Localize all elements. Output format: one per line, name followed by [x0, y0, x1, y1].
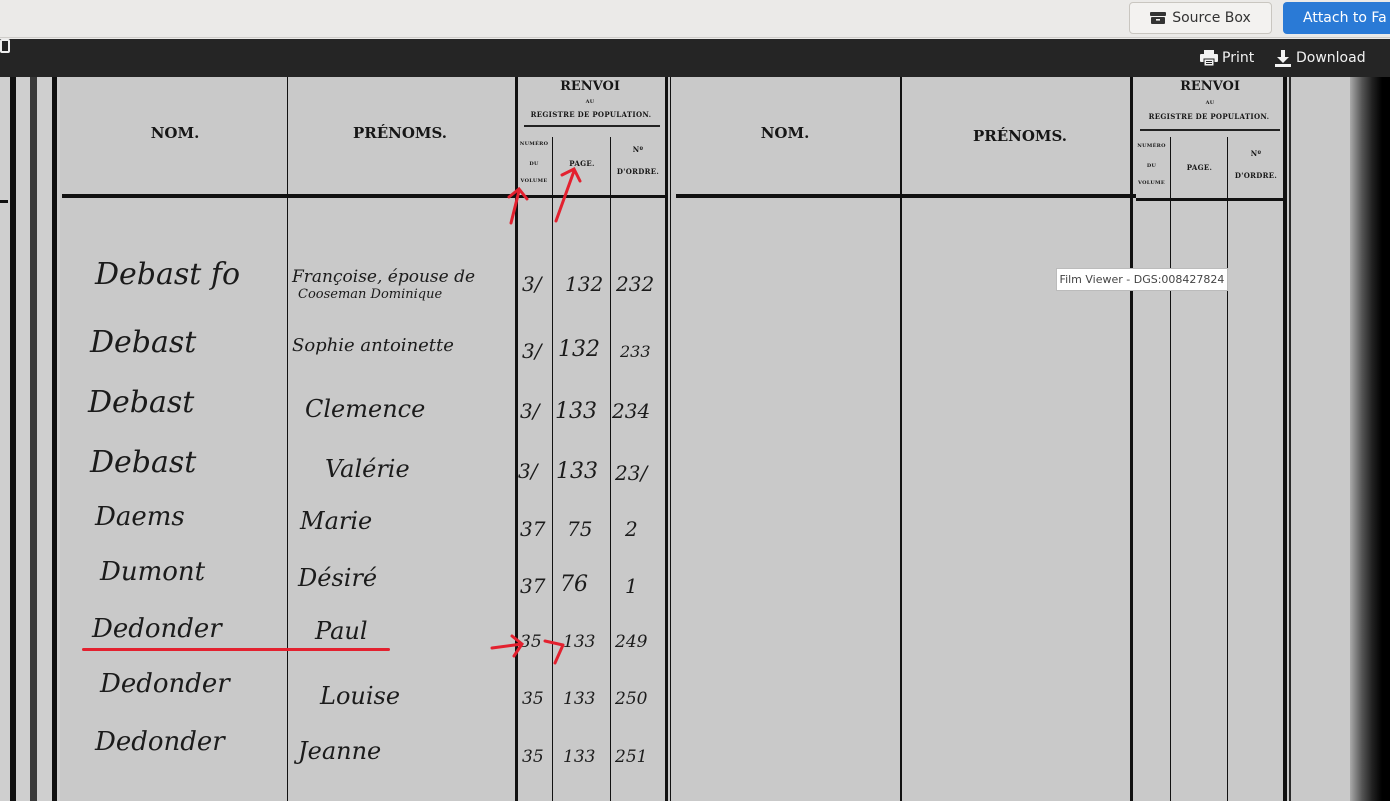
- header-numero: NUMÉRO: [516, 141, 552, 147]
- row-9-volume: 35: [522, 747, 544, 767]
- header-flourish: [1140, 129, 1280, 131]
- row-5-nom: Daems: [95, 502, 185, 532]
- row-3-prenoms: Clemence: [305, 395, 425, 423]
- film-border-line: [10, 77, 16, 801]
- row-9-ordre: 251: [615, 747, 647, 767]
- row-4-volume: 3/: [518, 459, 537, 483]
- column-divider: [665, 77, 668, 801]
- download-button[interactable]: Download: [1274, 48, 1366, 68]
- print-label: Print: [1222, 50, 1254, 66]
- row-1-nom: Debast fo: [95, 257, 240, 292]
- row-6-volume: 37: [520, 574, 545, 598]
- right-header-du: DU: [1133, 163, 1170, 169]
- row-9-nom: Dedonder: [95, 727, 225, 757]
- attach-to-family-tree-button[interactable]: Attach to Fa: [1283, 2, 1390, 34]
- row-7-prenoms: Paul: [315, 617, 368, 645]
- header-nom: NOM.: [130, 124, 220, 142]
- row-1-prenoms: Françoise, épouse de: [292, 267, 475, 287]
- row-5-page: 75: [567, 517, 592, 541]
- film-border-line: [52, 77, 57, 801]
- column-divider: [287, 77, 288, 801]
- header-rule: [0, 200, 8, 203]
- right-header-no: Nº: [1229, 149, 1283, 158]
- row-2-volume: 3/: [522, 339, 541, 363]
- viewer-toolbar: Print Download: [0, 39, 1390, 77]
- row-8-volume: 35: [522, 689, 544, 709]
- header-flourish: [524, 125, 660, 127]
- row-3-page: 133: [555, 399, 597, 424]
- header-renvoi: RENVOI: [540, 79, 640, 94]
- right-header-registre: REGISTRE DE POPULATION.: [1134, 112, 1284, 121]
- printer-icon: [1200, 50, 1218, 66]
- row-7-ordre: 249: [615, 632, 647, 652]
- row-2-prenoms: Sophie antoinette: [292, 335, 454, 356]
- column-divider: [610, 137, 611, 801]
- source-box-label: Source Box: [1172, 10, 1251, 26]
- source-box-button[interactable]: Source Box: [1129, 2, 1272, 34]
- download-label: Download: [1296, 50, 1366, 66]
- row-2-nom: Debast: [90, 325, 196, 360]
- column-divider: [670, 77, 671, 801]
- header-du: DU: [516, 161, 552, 167]
- column-divider: [552, 137, 553, 801]
- row-2-page: 132: [558, 337, 600, 362]
- column-divider: [1170, 137, 1171, 801]
- header-prenoms: PRÉNOMS.: [340, 124, 460, 142]
- row-1-ordre: 232: [616, 272, 654, 296]
- film-image-viewer[interactable]: NOM. PRÉNOMS. RENVOI AU REGISTRE DE POPU…: [0, 77, 1390, 801]
- row-8-ordre: 250: [615, 689, 647, 709]
- row-3-volume: 3/: [520, 399, 539, 423]
- header-no: Nº: [612, 145, 664, 154]
- row-8-nom: Dedonder: [100, 669, 230, 699]
- print-button[interactable]: Print: [1200, 48, 1254, 68]
- row-4-nom: Debast: [90, 445, 196, 480]
- row-6-ordre: 1: [625, 574, 638, 598]
- header-au: AU: [570, 99, 610, 105]
- row-5-volume: 37: [520, 517, 545, 541]
- row-4-ordre: 23/: [615, 461, 647, 485]
- row-1-volume: 3/: [522, 272, 541, 296]
- row-4-page: 133: [556, 459, 598, 484]
- red-underline-annotation: [82, 648, 390, 651]
- right-header-page: PAGE.: [1172, 163, 1227, 172]
- red-arrow-volume-entry-icon: [490, 632, 526, 660]
- row-9-page: 133: [563, 747, 595, 767]
- column-divider: [1289, 77, 1291, 801]
- header-registre: REGISTRE DE POPULATION.: [517, 110, 665, 119]
- right-header-prenoms: PRÉNOMS.: [960, 127, 1080, 145]
- right-header-volume: VOLUME: [1133, 180, 1170, 186]
- row-3-nom: Debast: [88, 385, 194, 420]
- row-4-prenoms: Valérie: [325, 455, 410, 483]
- red-arrow-page-header-icon: [550, 165, 584, 225]
- archive-box-icon: [1150, 12, 1166, 24]
- red-arrow-page-entry-icon: [543, 637, 567, 667]
- film-border-line: [30, 77, 37, 801]
- row-9-prenoms: Jeanne: [298, 737, 381, 765]
- row-8-prenoms: Louise: [320, 682, 400, 710]
- row-3-ordre: 234: [612, 399, 650, 423]
- row-2-ordre: 233: [620, 342, 651, 361]
- row-6-nom: Dumont: [100, 557, 205, 587]
- header-volume: VOLUME: [516, 178, 552, 184]
- right-header-ordre: D'ORDRE.: [1229, 171, 1283, 180]
- film-viewer-tooltip: Film Viewer - DGS:008427824: [1056, 268, 1228, 291]
- column-divider: [900, 77, 902, 801]
- film-edge-right: [1350, 77, 1390, 801]
- attach-label: Attach to Fa: [1303, 10, 1387, 26]
- header-rule: [1136, 198, 1284, 201]
- row-1-page: 132: [565, 272, 603, 296]
- right-header-nom: NOM.: [740, 124, 830, 142]
- header-ordre: D'ORDRE.: [612, 167, 664, 176]
- download-icon: [1274, 49, 1292, 67]
- row-7-page: 133: [563, 632, 595, 652]
- red-arrow-volume-header-icon: [505, 185, 529, 225]
- column-divider: [1283, 77, 1287, 801]
- right-header-numero: NUMÉRO: [1133, 143, 1170, 149]
- row-8-page: 133: [563, 689, 595, 709]
- header-rule: [517, 195, 667, 198]
- row-7-nom: Dedonder: [92, 614, 222, 644]
- header-rule: [676, 194, 1136, 198]
- row-6-prenoms: Désiré: [298, 564, 377, 592]
- header-rule: [62, 194, 517, 198]
- column-divider: [1227, 137, 1228, 801]
- more-options-icon[interactable]: [0, 39, 10, 53]
- row-1-prenoms-line2: Cooseman Dominique: [298, 287, 442, 302]
- right-header-au: AU: [1190, 100, 1230, 106]
- right-header-renvoi: RENVOI: [1160, 79, 1260, 94]
- row-6-page: 76: [560, 572, 588, 597]
- row-5-prenoms: Marie: [300, 507, 372, 535]
- row-5-ordre: 2: [625, 517, 638, 541]
- top-action-bar: Source Box Attach to Fa: [0, 0, 1390, 38]
